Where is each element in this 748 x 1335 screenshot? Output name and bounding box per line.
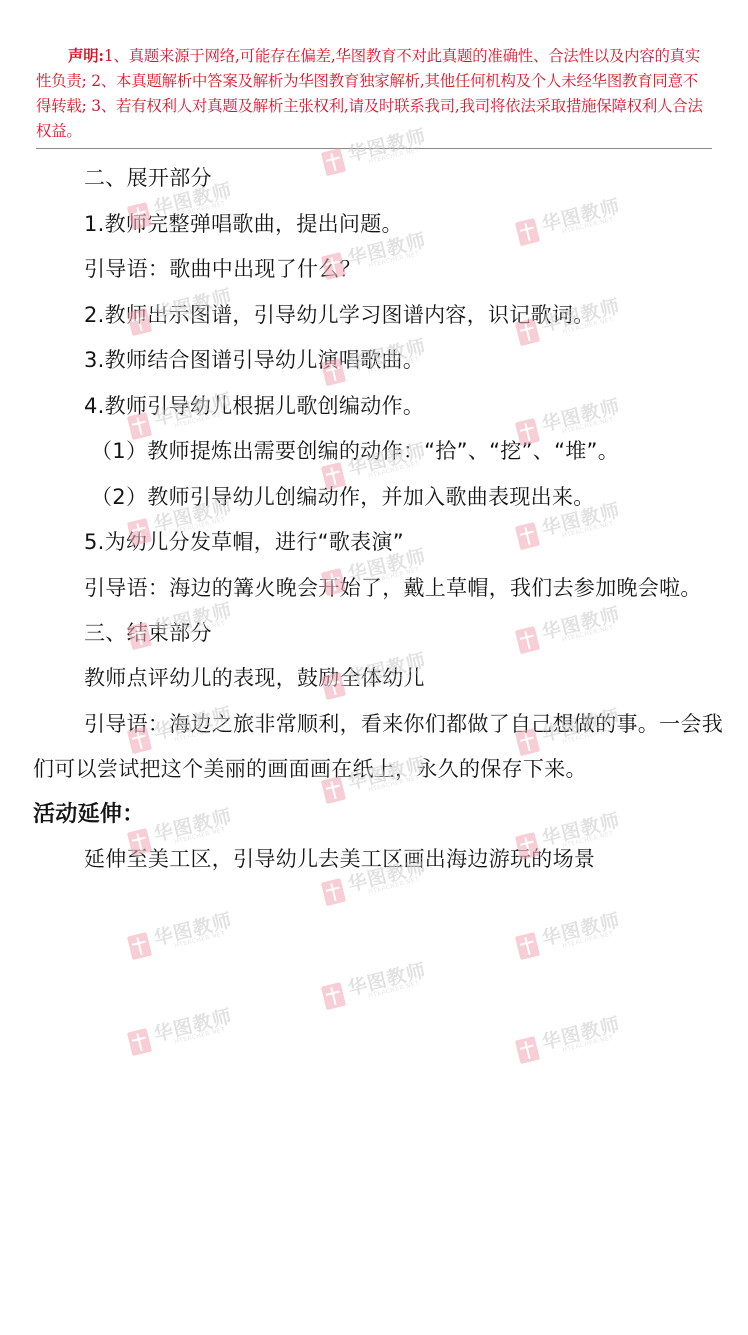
step-2: 2.教师出示图谱，引导幼儿学习图谱内容，识记歌词。 (33, 293, 723, 339)
watermark: 华图教师HTEACHER.NET (124, 898, 251, 970)
watermark: 华图教师HTEACHER.NET (124, 994, 251, 1066)
step-4-2: （2）教师引导幼儿创编动作，并加入歌曲表现出来。 (33, 475, 723, 521)
watermark: 华图教师HTEACHER.NET (512, 898, 639, 970)
watermark-logo-icon (515, 932, 540, 960)
step-5: 5.为幼儿分发草帽，进行“歌表演” (33, 520, 723, 566)
watermark-logo-icon (321, 982, 346, 1010)
divider (36, 148, 712, 149)
lesson-body: 二、展开部分 1.教师完整弹唱歌曲，提出问题。 引导语：歌曲中出现了什么？ 2.… (33, 156, 723, 883)
guide-3: 引导语：海边之旅非常顺利，看来你们都做了自己想做的事。一会我们可以尝试把这个美丽… (33, 702, 723, 792)
disclaimer-label: 声明: (68, 47, 104, 65)
disclaimer: 声明:1、真题来源于网络,可能存在偏差,华图教育不对此真题的准确性、合法性以及内… (36, 44, 712, 144)
extension-text: 延伸至美工区，引导幼儿去美工区画出海边游玩的场景 (33, 837, 723, 883)
watermark: 华图教师HTEACHER.NET (318, 948, 445, 1020)
step-3: 3.教师结合图谱引导幼儿演唱歌曲。 (33, 338, 723, 384)
watermark-logo-icon (515, 1036, 540, 1064)
watermark: 华图教师HTEACHER.NET (512, 1002, 639, 1074)
closing-text: 教师点评幼儿的表现，鼓励全体幼儿 (33, 656, 723, 702)
step-4: 4.教师引导幼儿根据儿歌创编动作。 (33, 384, 723, 430)
section-title-expand: 二、展开部分 (33, 156, 723, 202)
guide-2: 引导语：海边的篝火晚会开始了，戴上草帽，我们去参加晚会啦。 (33, 566, 723, 611)
extension-title: 活动延伸： (33, 792, 723, 838)
step-4-1: （1）教师提炼出需要创编的动作：“拾”、“挖”、“堆”。 (33, 429, 723, 475)
disclaimer-text: 1、真题来源于网络,可能存在偏差,华图教育不对此真题的准确性、合法性以及内容的真… (36, 47, 703, 140)
watermark-logo-icon (127, 1028, 152, 1056)
step-1: 1.教师完整弹唱歌曲，提出问题。 (33, 202, 723, 248)
watermark-logo-icon (127, 932, 152, 960)
section-title-end: 三、结束部分 (33, 611, 723, 657)
guide-1: 引导语：歌曲中出现了什么？ (33, 247, 723, 293)
